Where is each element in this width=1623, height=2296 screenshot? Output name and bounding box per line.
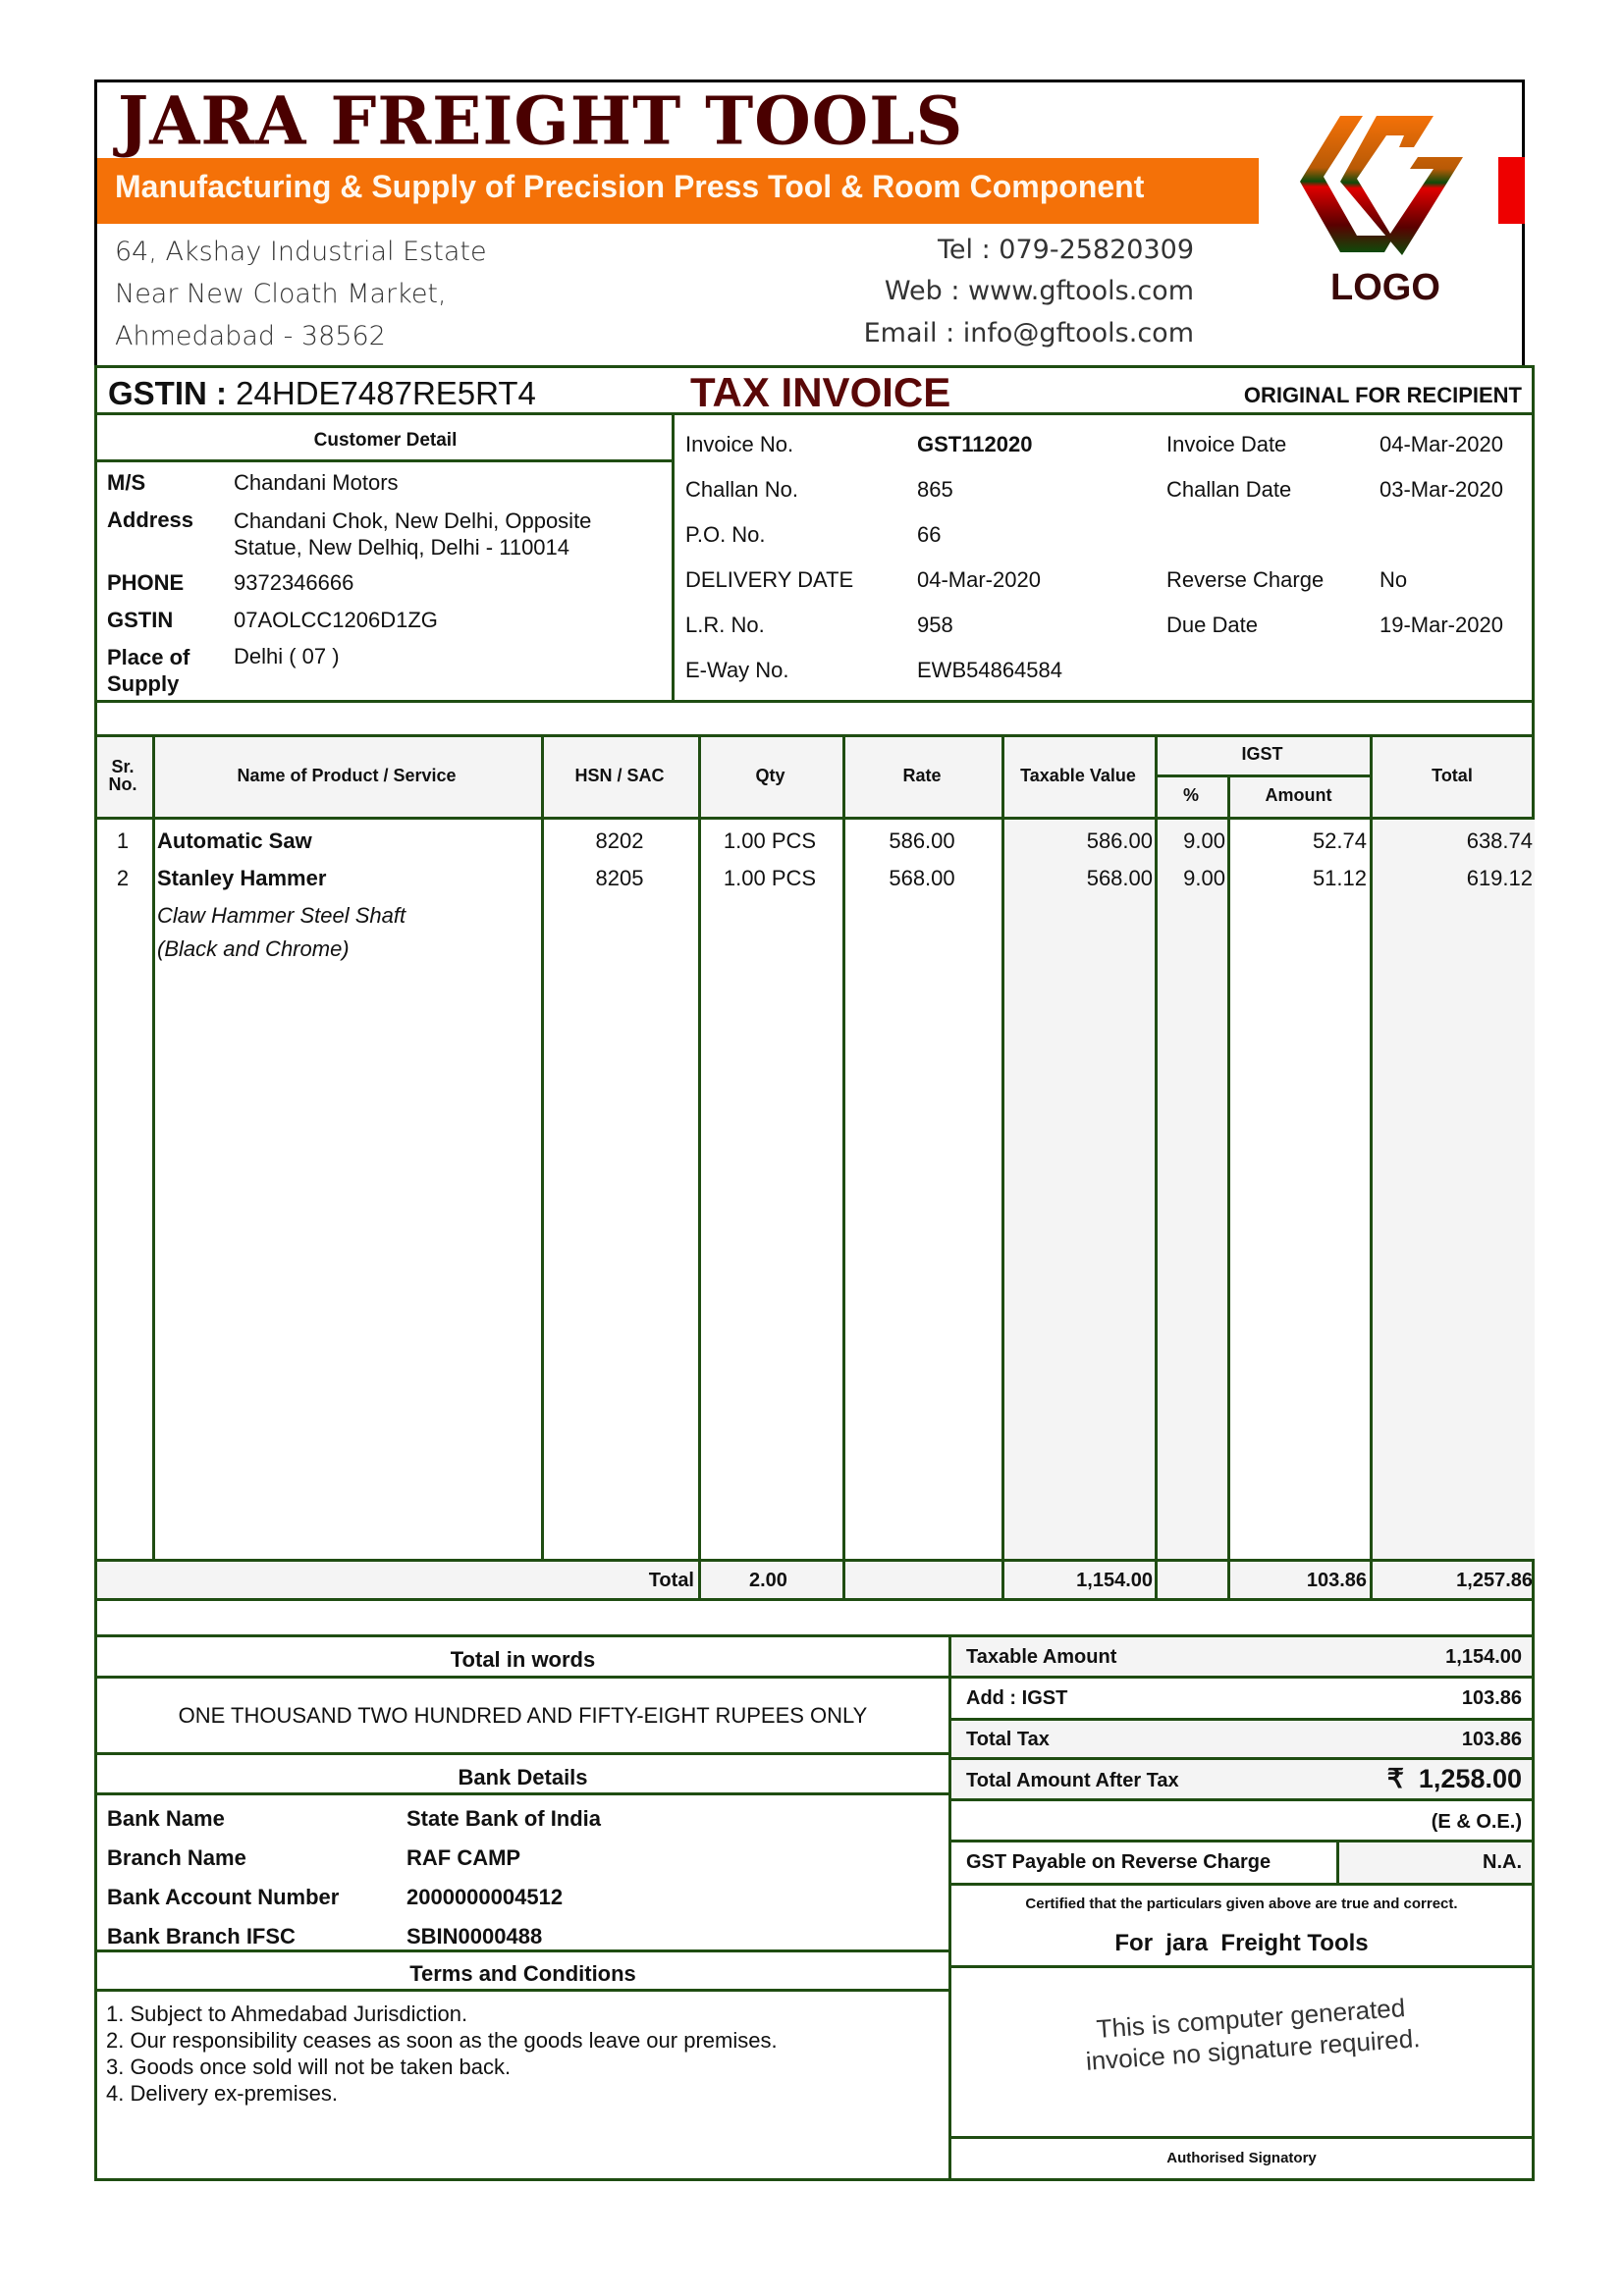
header-igst-pct: %: [1155, 774, 1227, 817]
taxable-amount-label: Taxable Amount: [966, 1646, 1116, 1669]
total-label: Total: [94, 1570, 694, 1592]
customer-ms-label: M/S: [107, 470, 145, 496]
divider: [1370, 734, 1373, 1559]
divider: [94, 1949, 948, 1952]
item-igst-pct: 9.00: [1155, 828, 1225, 854]
header-taxable: Taxable Value: [1001, 734, 1155, 817]
divider: [948, 1965, 1535, 1968]
divider: [1155, 1559, 1158, 1598]
bank-field-label: Bank Branch IFSC: [107, 1924, 296, 1949]
inv-value: 66: [917, 522, 941, 548]
divider: [94, 459, 674, 462]
item-hsn: 8202: [541, 828, 698, 854]
item-igst-pct: 9.00: [1155, 866, 1225, 891]
divider: [94, 1792, 948, 1795]
item-qty: 1.00 PCS: [698, 866, 841, 891]
total-after-tax: ₹ 1,258.00: [1387, 1764, 1522, 1794]
divider: [948, 2136, 1535, 2139]
inv-label: Invoice No.: [685, 432, 793, 457]
authorised-signatory: Authorised Signatory: [951, 2150, 1532, 2166]
total-taxable: 1,154.00: [1001, 1570, 1153, 1592]
bank-field-label: Bank Account Number: [107, 1885, 339, 1910]
company-name: JARA FREIGHT TOOLS: [118, 81, 963, 160]
gstin-value: 24HDE7487RE5RT4: [236, 375, 536, 411]
total-amount: 1,257.86: [1370, 1570, 1533, 1592]
inv-value: 19-Mar-2020: [1380, 613, 1503, 638]
divider: [94, 1989, 948, 1992]
eoe-note: (E & O.E.): [1432, 1811, 1522, 1834]
header-name: Name of Product / Service: [152, 734, 541, 817]
inv-value: 958: [917, 613, 953, 638]
address-line-3: Ahmedabad - 38562: [115, 321, 386, 351]
total-after-tax-label: Total Amount After Tax: [966, 1770, 1179, 1792]
customer-address: Chandani Chok, New Delhi, Opposite Statu…: [234, 507, 646, 561]
item-igst-amount: 52.74: [1227, 828, 1367, 854]
inv-label: Due Date: [1166, 613, 1258, 638]
total-tax: 103.86: [1462, 1729, 1522, 1751]
divider: [948, 1798, 1535, 1801]
bank-field-value: SBIN0000488: [406, 1924, 542, 1949]
divider: [94, 700, 1535, 703]
total-qty: 2.00: [749, 1570, 867, 1592]
copy-label: ORIGINAL FOR RECIPIENT: [1244, 383, 1522, 408]
place-of-supply: Delhi ( 07 ): [234, 644, 340, 669]
item-description: (Black and Chrome): [157, 936, 350, 962]
terms-list: 1. Subject to Ahmedabad Jurisdiction.2. …: [106, 2001, 778, 2107]
company-email[interactable]: Email : info@gftools.com: [864, 318, 1194, 348]
customer-heading: Customer Detail: [97, 430, 674, 452]
inv-label: Challan No.: [685, 477, 798, 503]
divider: [1155, 734, 1158, 1559]
item-description: Claw Hammer Steel Shaft: [157, 903, 406, 929]
address-line-1: 64, Akshay Industrial Estate: [115, 237, 487, 267]
company-tagline: Manufacturing & Supply of Precision Pres…: [115, 169, 1144, 205]
gstin-label: GSTIN :: [108, 375, 227, 411]
inv-label: Reverse Charge: [1166, 567, 1324, 593]
bank-field-value: 2000000004512: [406, 1885, 563, 1910]
words-heading: Total in words: [97, 1647, 948, 1673]
rupee-icon: ₹: [1387, 1764, 1404, 1793]
terms-item: 3. Goods once sold will not be taken bac…: [106, 2054, 778, 2080]
divider: [94, 1598, 1535, 1601]
inv-label: P.O. No.: [685, 522, 766, 548]
divider: [94, 412, 1535, 415]
company-web[interactable]: Web : www.gftools.com: [885, 276, 1194, 306]
header-hsn: HSN / SAC: [541, 734, 698, 817]
item-hsn: 8205: [541, 866, 698, 891]
header-igst: IGST: [1155, 734, 1370, 774]
place-of-supply-label: Place of Supply: [107, 644, 205, 697]
header-qty: Qty: [698, 734, 842, 817]
item-name: Automatic Saw: [157, 828, 530, 854]
amount-in-words: ONE THOUSAND TWO HUNDRED AND FIFTY-EIGHT…: [97, 1703, 948, 1729]
column-bg: [1370, 817, 1535, 1559]
seller-gstin: GSTIN : 24HDE7487RE5RT4: [108, 375, 536, 412]
column-bg: [1155, 817, 1227, 1559]
bank-field-value: State Bank of India: [406, 1806, 601, 1832]
divider: [698, 734, 701, 1559]
inv-value: 04-Mar-2020: [1380, 432, 1503, 457]
item-igst-amount: 51.12: [1227, 866, 1367, 891]
inv-value: 04-Mar-2020: [917, 567, 1041, 593]
item-qty: 1.00 PCS: [698, 828, 841, 854]
divider: [94, 1752, 948, 1755]
company-logo-icon: [1296, 108, 1473, 265]
divider: [152, 734, 155, 1559]
divider: [1001, 734, 1004, 1559]
bank-field-label: Branch Name: [107, 1845, 246, 1871]
inv-value: GST112020: [917, 432, 1032, 457]
customer-name: Chandani Motors: [234, 470, 399, 496]
customer-gstin-label: GSTIN: [107, 608, 173, 633]
inv-label: DELIVERY DATE: [685, 567, 853, 593]
inv-label: L.R. No.: [685, 613, 765, 638]
terms-heading: Terms and Conditions: [97, 1961, 948, 1987]
inv-value: No: [1380, 567, 1407, 593]
terms-item: 1. Subject to Ahmedabad Jurisdiction.: [106, 2001, 778, 2027]
divider: [948, 1676, 1535, 1679]
item-taxable-value: 586.00: [1001, 828, 1153, 854]
item-rate: 568.00: [842, 866, 1001, 891]
divider: [94, 817, 1535, 820]
address-line-2: Near New Cloath Market,: [115, 279, 447, 309]
customer-address-label: Address: [107, 507, 193, 533]
divider: [94, 1676, 948, 1679]
item-sr: 1: [94, 828, 151, 854]
for-company: For jara Freight Tools: [951, 1930, 1532, 1957]
inv-label: Invoice Date: [1166, 432, 1286, 457]
divider: [1336, 1840, 1339, 1883]
item-total: 638.74: [1370, 828, 1533, 854]
divider: [1227, 774, 1230, 1559]
taxable-amount: 1,154.00: [1445, 1646, 1522, 1669]
accent-bar: [1498, 157, 1525, 224]
company-tel: Tel : 079-25820309: [938, 235, 1194, 265]
bank-field-value: RAF CAMP: [406, 1845, 520, 1871]
inv-label: Challan Date: [1166, 477, 1291, 503]
divider: [94, 1559, 1535, 1562]
terms-item: 2. Our responsibility ceases as soon as …: [106, 2027, 778, 2054]
reverse-charge-value: N.A.: [1483, 1851, 1522, 1874]
bank-heading: Bank Details: [97, 1765, 948, 1790]
total-igst-amount: 103.86: [1227, 1570, 1367, 1592]
logo-text: LOGO: [1330, 267, 1440, 309]
total-after-tax-value: 1,258.00: [1419, 1764, 1522, 1793]
item-taxable-value: 568.00: [1001, 866, 1153, 891]
divider: [672, 412, 675, 702]
divider: [698, 1559, 701, 1598]
certification-text: Certified that the particulars given abo…: [951, 1896, 1532, 1912]
inv-value: 865: [917, 477, 953, 503]
customer-phone: 9372346666: [234, 570, 353, 596]
inv-label: E-Way No.: [685, 658, 789, 683]
bank-field-label: Bank Name: [107, 1806, 225, 1832]
customer-phone-label: PHONE: [107, 570, 184, 596]
header-rate: Rate: [842, 734, 1001, 817]
igst-amount: 103.86: [1462, 1687, 1522, 1710]
inv-value: EWB54864584: [917, 658, 1062, 683]
divider: [541, 734, 544, 1559]
item-total: 619.12: [1370, 866, 1533, 891]
item-rate: 586.00: [842, 828, 1001, 854]
igst-label: Add : IGST: [966, 1687, 1067, 1710]
item-sr: 2: [94, 866, 151, 891]
document-title: TAX INVOICE: [690, 369, 950, 416]
column-bg: [1001, 817, 1155, 1559]
item-name: Stanley Hammer: [157, 866, 530, 891]
reverse-charge-label: GST Payable on Reverse Charge: [966, 1851, 1271, 1874]
customer-gstin: 07AOLCC1206D1ZG: [234, 608, 438, 633]
header-igst-amount: Amount: [1227, 774, 1370, 817]
divider: [842, 734, 845, 1559]
inv-value: 03-Mar-2020: [1380, 477, 1503, 503]
total-tax-label: Total Tax: [966, 1729, 1050, 1751]
header-sr: Sr. No.: [94, 734, 151, 817]
header-total: Total: [1370, 734, 1535, 817]
divider: [948, 1883, 1535, 1886]
terms-item: 4. Delivery ex-premises.: [106, 2080, 778, 2107]
